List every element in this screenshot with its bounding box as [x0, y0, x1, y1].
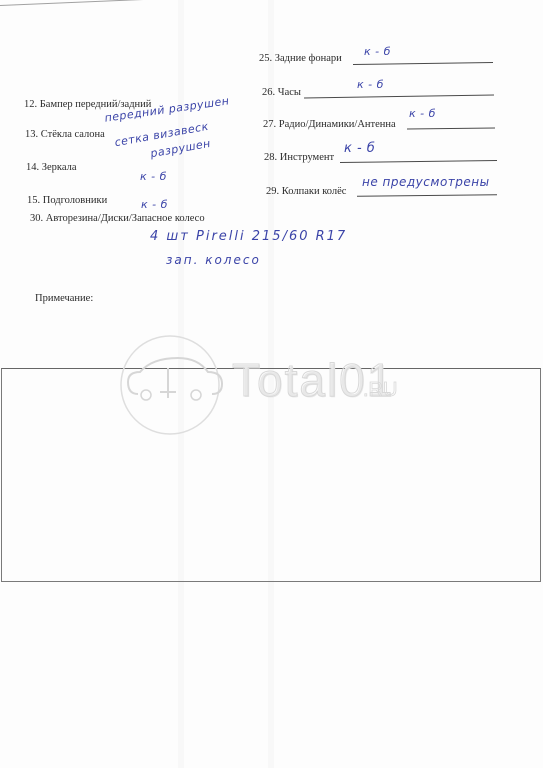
item-label: 30. Авторезина/Диски/Запасное колесо [30, 213, 205, 224]
handwritten-value: не предусмотрены [362, 175, 490, 189]
item-label: 15. Подголовники [27, 195, 107, 206]
fill-line [353, 62, 493, 65]
item-label: 26. Часы [262, 87, 301, 98]
handwritten-value: к - б [140, 170, 167, 183]
handwritten-value: к - б [344, 141, 375, 156]
scanned-form-page: 25. Задние фонари к - б 26. Часы к - б 2… [0, 0, 543, 768]
handwritten-value: к - б [409, 107, 436, 120]
note-label: Примечание: [35, 293, 93, 304]
item-label: 27. Радио/Динамики/Антенна [263, 119, 396, 130]
handwritten-value: 4 шт Pirelli 215/60 R17 [150, 229, 347, 244]
handwritten-value: к - б [357, 78, 384, 91]
item-label: 13. Стёкла салона [25, 129, 105, 140]
fill-line [357, 194, 497, 196]
handwritten-value: к - б [364, 45, 391, 58]
note-box [1, 368, 541, 582]
item-label: 28. Инструмент [264, 152, 334, 163]
item-label: 29. Колпаки колёс [266, 186, 346, 197]
fill-line [304, 95, 494, 99]
handwritten-value: к - б [141, 198, 168, 211]
fill-line [340, 160, 497, 163]
handwritten-value-line2: зап. колесо [166, 253, 261, 267]
item-label: 14. Зеркала [26, 162, 77, 173]
scan-artifact-line [0, 0, 205, 6]
fill-line [407, 128, 495, 130]
item-label: 25. Задние фонари [259, 53, 342, 64]
